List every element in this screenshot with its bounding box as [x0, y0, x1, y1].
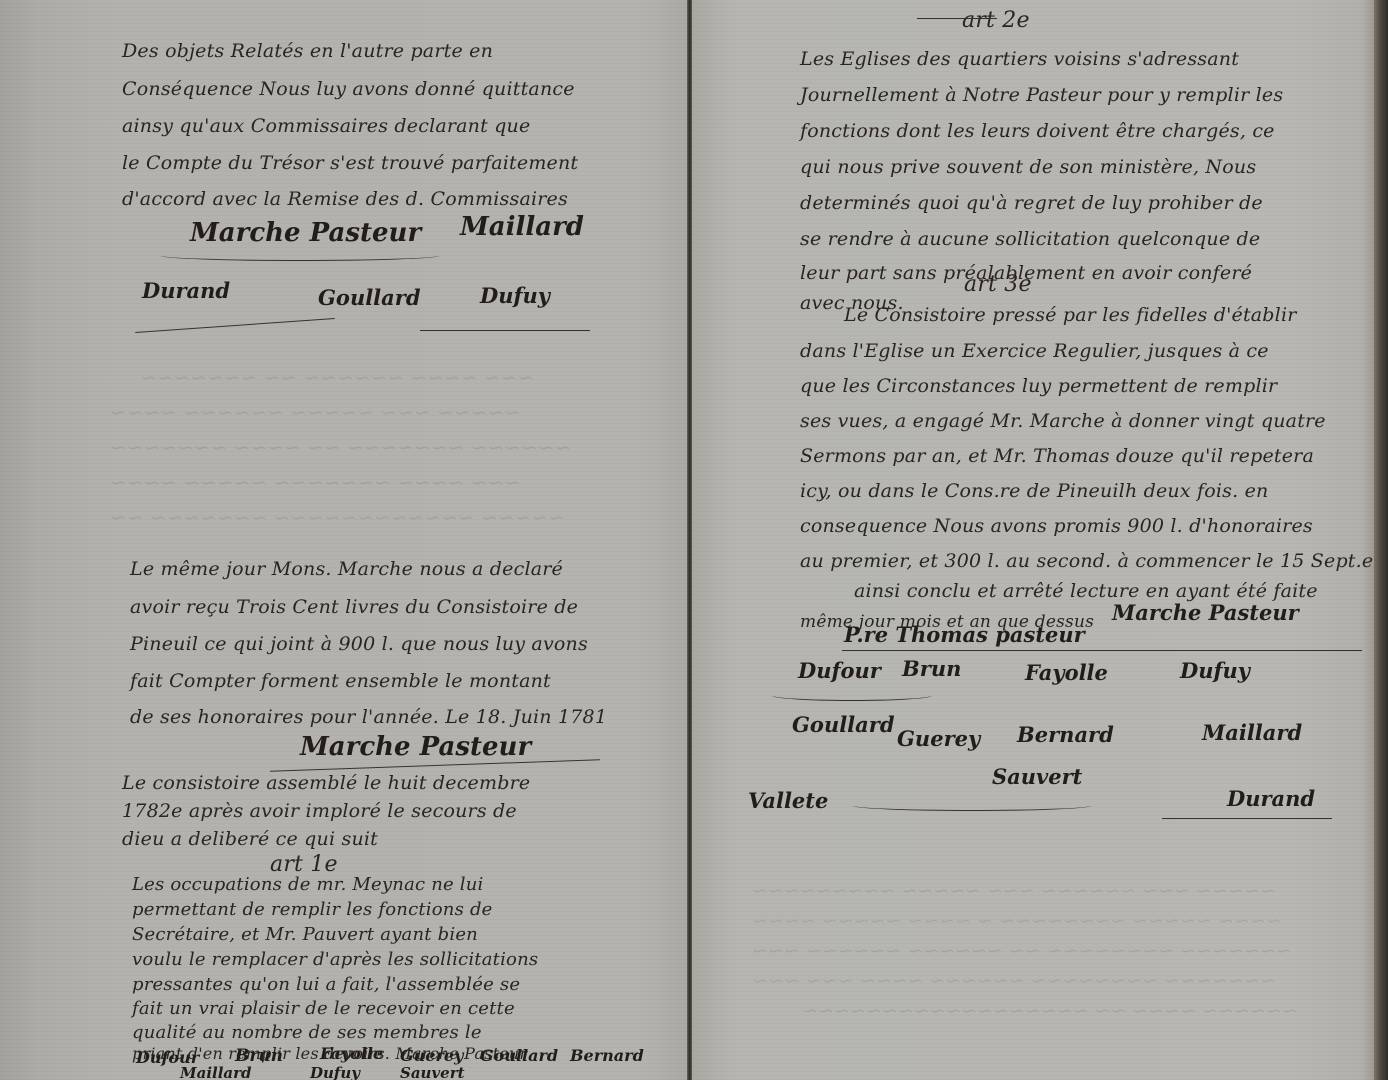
signature: Vallete — [748, 788, 828, 813]
manuscript-line: d'accord avec la Remise des d. Commissai… — [122, 188, 568, 210]
manuscript-line: Le même jour Mons. Marche nous a declaré — [130, 558, 563, 580]
signature: Maillard — [180, 1064, 252, 1080]
signature: Bernard — [570, 1046, 644, 1065]
manuscript-line: avoir reçu Trois Cent livres du Consisto… — [130, 596, 578, 618]
signature: Maillard — [460, 212, 584, 242]
manuscript-line: ainsy qu'aux Commissaires declarant que — [122, 115, 530, 137]
signature: Marche Pasteur — [300, 732, 531, 762]
signature: Dufuy — [480, 283, 550, 308]
signature: Fayolle — [1025, 660, 1108, 685]
bleed-through-text: ~~~ ~~~~ ~~~~~~ ~~ ~~~~~~~ — [140, 365, 534, 389]
bleed-through-text: ~~~ ~~~~ ~~~~~~~ ~~~~~ ~~~~ — [110, 470, 521, 494]
bleed-through-text: ~~~~~~~ ~~~~~~~~ ~~ ~~~~~~ ~~~~~~ ~~~ — [752, 940, 1292, 962]
manuscript-line: que les Circonstances luy permettent de … — [800, 375, 1277, 397]
manuscript-line: ainsi conclu et arrêté lecture en ayant … — [854, 580, 1318, 602]
manuscript-line: Pineuil ce qui joint à 900 l. que nous l… — [130, 633, 588, 655]
manuscript-line: le Compte du Trésor s'est trouvé parfait… — [122, 152, 578, 174]
signature: Durand — [1227, 786, 1315, 811]
signature-flourish — [772, 690, 932, 701]
signature: Marche Pasteur — [190, 218, 421, 248]
manuscript-line: consequence Nous avons promis 900 l. d'h… — [800, 515, 1313, 537]
right-page: ~~~~~ ~~~ ~~~~~~ ~~~ ~~~~~ ~~~~~~~~~ ~~~… — [692, 0, 1374, 1080]
manuscript-line: Le consistoire assemblé le huit decembre — [122, 772, 530, 794]
signature-flourish — [160, 250, 440, 261]
signature-underline — [135, 318, 335, 333]
manuscript-line: fonctions dont les leurs doivent être ch… — [800, 120, 1275, 142]
manuscript-line: dans l'Eglise un Exercice Regulier, jusq… — [800, 340, 1269, 362]
signature: Durand — [142, 278, 230, 303]
manuscript-line: determinés quoi qu'à regret de luy prohi… — [800, 192, 1263, 214]
signature-underline — [842, 650, 1362, 651]
signature: Brun — [902, 656, 961, 681]
signature: P.re Thomas pasteur — [844, 622, 1085, 647]
manuscript-line: fait un vrai plaisir de le recevoir en c… — [132, 998, 515, 1019]
manuscript-line: Les occupations de mr. Meynac ne lui — [132, 874, 483, 895]
manuscript-line: pressantes qu'on lui a fait, l'assemblée… — [132, 974, 520, 995]
manuscript-line: permettant de remplir les fonctions de — [132, 899, 493, 920]
signature: Dufuy — [1180, 658, 1250, 683]
signature-flourish — [852, 800, 1092, 811]
article-heading: art 3e — [964, 272, 1032, 297]
manuscript-line: icy, ou dans le Cons.re de Pineuilh deux… — [800, 480, 1268, 502]
manuscript-line: Secrétaire, et Mr. Pauvert ayant bien — [132, 924, 478, 945]
signature: Dufour — [798, 658, 881, 683]
manuscript-spread: ~~~ ~~~~ ~~~~~~ ~~ ~~~~~~~ ~~~~~ ~~~ ~~~… — [0, 0, 1388, 1080]
signature: Goullard — [792, 712, 895, 737]
manuscript-line: fait Compter forment ensemble le montant — [130, 670, 551, 692]
bleed-through-text: ~~~~ ~~~~~ ~~~~~~~~ ~ ~~~~ ~~~~~ ~~~~ — [752, 910, 1282, 932]
manuscript-line: qui nous prive souvent de son ministère,… — [800, 156, 1256, 178]
manuscript-line: Le Consistoire pressé par les fidelles d… — [844, 304, 1297, 326]
bleed-through-text: ~~~~~~ ~~~~~~~ ~~ ~~~~ ~~~~~~~ — [110, 435, 571, 459]
manuscript-line: de ses honoraires pour l'année. Le 18. J… — [130, 706, 607, 728]
signature: Marche Pasteur — [1112, 600, 1299, 625]
article-heading: art 2e — [962, 8, 1030, 33]
manuscript-line: au premier, et 300 l. au second. à comme… — [800, 550, 1373, 572]
signature-underline — [420, 330, 590, 331]
manuscript-line: Conséquence Nous luy avons donné quittan… — [122, 78, 575, 100]
bleed-through-text: ~~~~~~ ~~~~ ~~ ~~~~~~~~~~~~~~~~~~ — [802, 1000, 1298, 1022]
signature: Fayolle — [320, 1044, 383, 1063]
manuscript-line: Des objets Relatés en l'autre parte en — [122, 40, 493, 62]
bleed-through-text: ~~~~~ ~~~ ~~~~~ ~~~~~~ ~~~~ — [110, 400, 521, 424]
page-edge — [1374, 0, 1388, 1080]
left-page: ~~~ ~~~~ ~~~~~~ ~~ ~~~~~~~ ~~~~~ ~~~ ~~~… — [0, 0, 688, 1080]
signature: Sauvert — [400, 1064, 465, 1080]
manuscript-line: Sermons par an, et Mr. Thomas douze qu'i… — [800, 445, 1314, 467]
signature: Goullard — [318, 285, 421, 310]
signature: Dufuy — [310, 1064, 360, 1080]
manuscript-line: dieu a deliberé ce qui suit — [122, 828, 378, 850]
manuscript-line: Les Eglises des quartiers voisins s'adre… — [800, 48, 1239, 70]
manuscript-line: ses vues, a engagé Mr. Marche à donner v… — [800, 410, 1326, 432]
bleed-through-text: ~~~~~ ~~~~~~~~~~~~ ~~~~~~~ ~~ — [110, 505, 565, 529]
manuscript-line: 1782e après avoir imploré le secours de — [122, 800, 517, 822]
signature: Bernard — [1017, 722, 1114, 747]
signature: Maillard — [1202, 720, 1302, 745]
manuscript-line: voulu le remplacer d'après les sollicita… — [132, 949, 538, 970]
signature: Guerey — [897, 726, 980, 751]
manuscript-line: Journellement à Notre Pasteur pour y rem… — [800, 84, 1283, 106]
bleed-through-text: ~~~~~ ~~~ ~~~~~~ ~~~ ~~~~~ ~~~~~~~~~ — [752, 880, 1276, 902]
signature: Brun — [235, 1046, 283, 1066]
manuscript-line: se rendre à aucune sollicitation quelcon… — [800, 228, 1260, 250]
bleed-through-text: ~~~~~~~ ~~~~~~~~ ~~~~~~ ~~~~ ~~~ ~~~ — [752, 970, 1276, 992]
signature-underline — [1162, 818, 1332, 819]
manuscript-line: qualité au nombre de ses membres le — [132, 1022, 482, 1043]
signature: Goullard — [480, 1046, 558, 1065]
signature: Guerey — [400, 1046, 463, 1065]
signature: Sauvert — [992, 764, 1082, 789]
